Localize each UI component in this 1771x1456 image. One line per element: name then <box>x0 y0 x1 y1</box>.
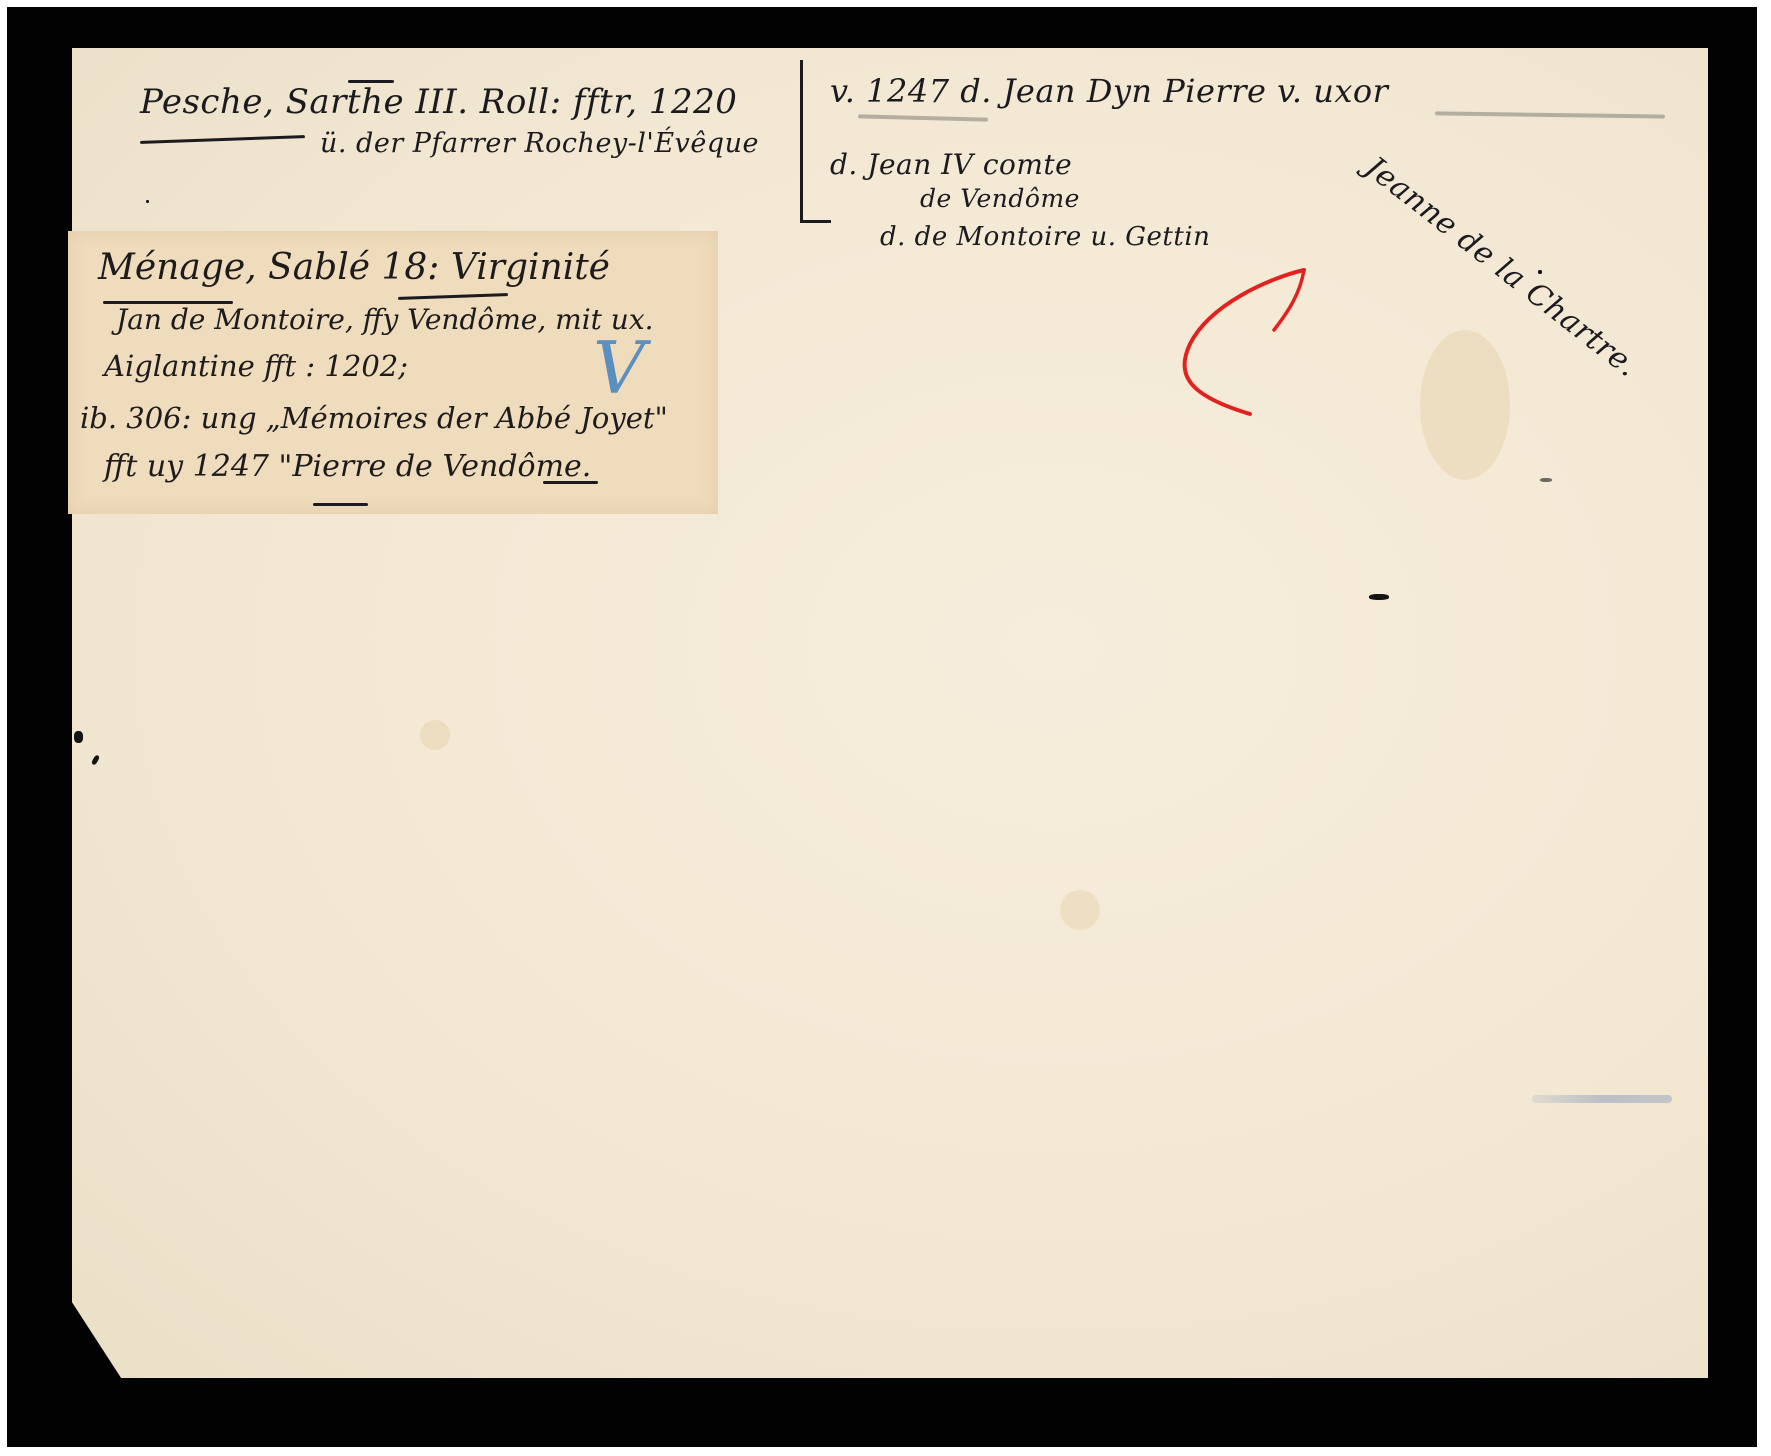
slip-line3: Aiglantine fft : 1202; <box>104 349 408 383</box>
ink-speck <box>1369 594 1389 600</box>
slip-line4: ib. 306: ung „Mémoires der Abbé Joyet" <box>80 401 668 435</box>
paper-stain <box>420 720 450 750</box>
ink-speck <box>1540 478 1552 482</box>
paper-stain <box>1060 890 1100 930</box>
red-crayon-mark-icon <box>1170 264 1320 434</box>
jean-line2: de Vendôme <box>920 184 1080 213</box>
main-note-line2: v. 1247 d. Jean Dyn Pierre v. uxor <box>830 72 1388 110</box>
main-note-line1: Pesche, Sarthe III. Roll: fftr, 1220 <box>140 82 737 122</box>
slip-line5: fft uy 1247 "Pierre de Vendôme. <box>104 449 591 484</box>
paper-stain <box>1420 330 1510 480</box>
ink-speck <box>146 200 149 203</box>
blue-pencil-smudge <box>1532 1095 1672 1103</box>
main-note-line1-sub: ü. der Pfarrer Rochey-l'Évêque <box>320 128 759 159</box>
ink-speck <box>74 731 83 743</box>
underline <box>313 503 368 506</box>
bracket-mark <box>800 60 831 223</box>
underline <box>543 481 598 484</box>
blue-pencil-mark: V <box>593 326 645 410</box>
jean-line1: d. Jean IV comte <box>830 148 1072 181</box>
underline <box>348 80 394 83</box>
pasted-note-slip: Ménage, Sablé 18: Virginité Jan de Monto… <box>68 231 718 514</box>
ink-speck <box>1538 270 1542 274</box>
jean-line3: d. de Montoire u. Gettin <box>880 222 1210 252</box>
slip-line2: Jan de Montoire, ffy Vendôme, mit ux. <box>116 303 654 336</box>
underline <box>398 293 508 300</box>
slip-line1: Ménage, Sablé 18: Virginité <box>98 247 610 288</box>
